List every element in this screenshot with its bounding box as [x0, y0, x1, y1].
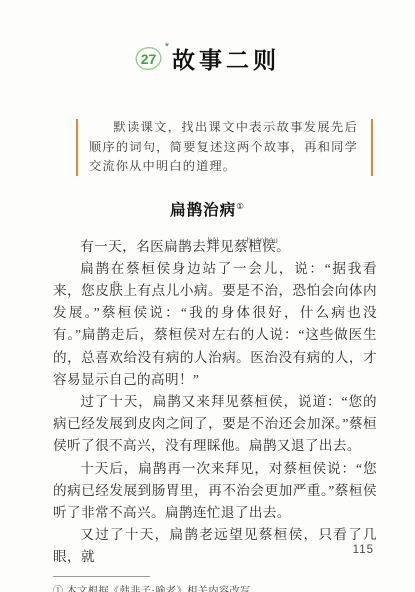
footnote-reference: ①	[236, 200, 245, 210]
story-paragraph: 过了十天，扁鹊又来拜见蔡桓侯，说道：“您的病已经发展到皮肉之间了，要是不治还会加…	[53, 391, 377, 458]
story-body: 有一天，名医扁鹊去拜bài见蔡桓侯huánhóu。扁鹊在蔡桓侯身边站了一会儿，说…	[53, 236, 377, 569]
story-paragraph: 扁鹊在蔡桓侯身边站了一会儿，说：“据我看来，您皮肤fū上有点儿小病。要是不治，恐…	[53, 258, 377, 391]
pinyin-annotated-word: 拜bài	[206, 239, 220, 254]
lesson-title-text: 故事二则	[172, 42, 280, 75]
textbook-page: 27 * 故事二则 默读课文，找出课文中表示故事发展先后顺序的词句，简要复述这两…	[0, 0, 415, 592]
story-paragraph: 十天后，扁鹊再一次来拜见，对蔡桓侯说：“您的病已经发展到肠胃里，再不治会更加严重…	[53, 458, 377, 525]
pinyin-annotated-word: 肤fū	[109, 283, 123, 298]
footnote-marker: ①	[53, 586, 64, 592]
story-paragraph: 又过了十天，扁鹊老远望见蔡桓侯，只看了几眼，就	[53, 524, 377, 568]
story-title-text: 扁鹊治病	[170, 202, 236, 219]
pinyin-annotated-word: 桓侯huánhóu	[248, 239, 276, 254]
lesson-number-badge: 27 *	[135, 46, 162, 71]
story-paragraph: 有一天，名医扁鹊去拜bài见蔡桓侯huánhóu。	[53, 236, 377, 258]
footnote-separator	[53, 576, 150, 577]
lesson-header: 27 * 故事二则	[0, 42, 415, 75]
footnote: ① 本文根据《韩非子·喻老》相关内容改写。	[53, 576, 375, 592]
footnote-text-line: ① 本文根据《韩非子·喻老》相关内容改写。	[53, 582, 375, 592]
skim-reading-star: *	[165, 41, 169, 53]
lesson-number: 27	[135, 46, 162, 71]
pinyin-label: fū	[113, 274, 120, 296]
pinyin-label: bài	[208, 230, 219, 252]
instruction-text: 默读课文，找出课文中表示故事发展先后顺序的词句，简要复述这两个故事，再和同学交流…	[89, 118, 358, 177]
instruction-right-rule	[371, 119, 373, 176]
page-number: 115	[353, 544, 374, 556]
footnote-text: 本文根据《韩非子·喻老》相关内容改写。	[67, 586, 262, 592]
instruction-left-rule	[76, 119, 78, 176]
story-title: 扁鹊治病①	[0, 198, 415, 220]
instruction-box: 默读课文，找出课文中表示故事发展先后顺序的词句，简要复述这两个故事，再和同学交流…	[76, 117, 373, 178]
pinyin-label: huánhóu	[247, 230, 278, 252]
